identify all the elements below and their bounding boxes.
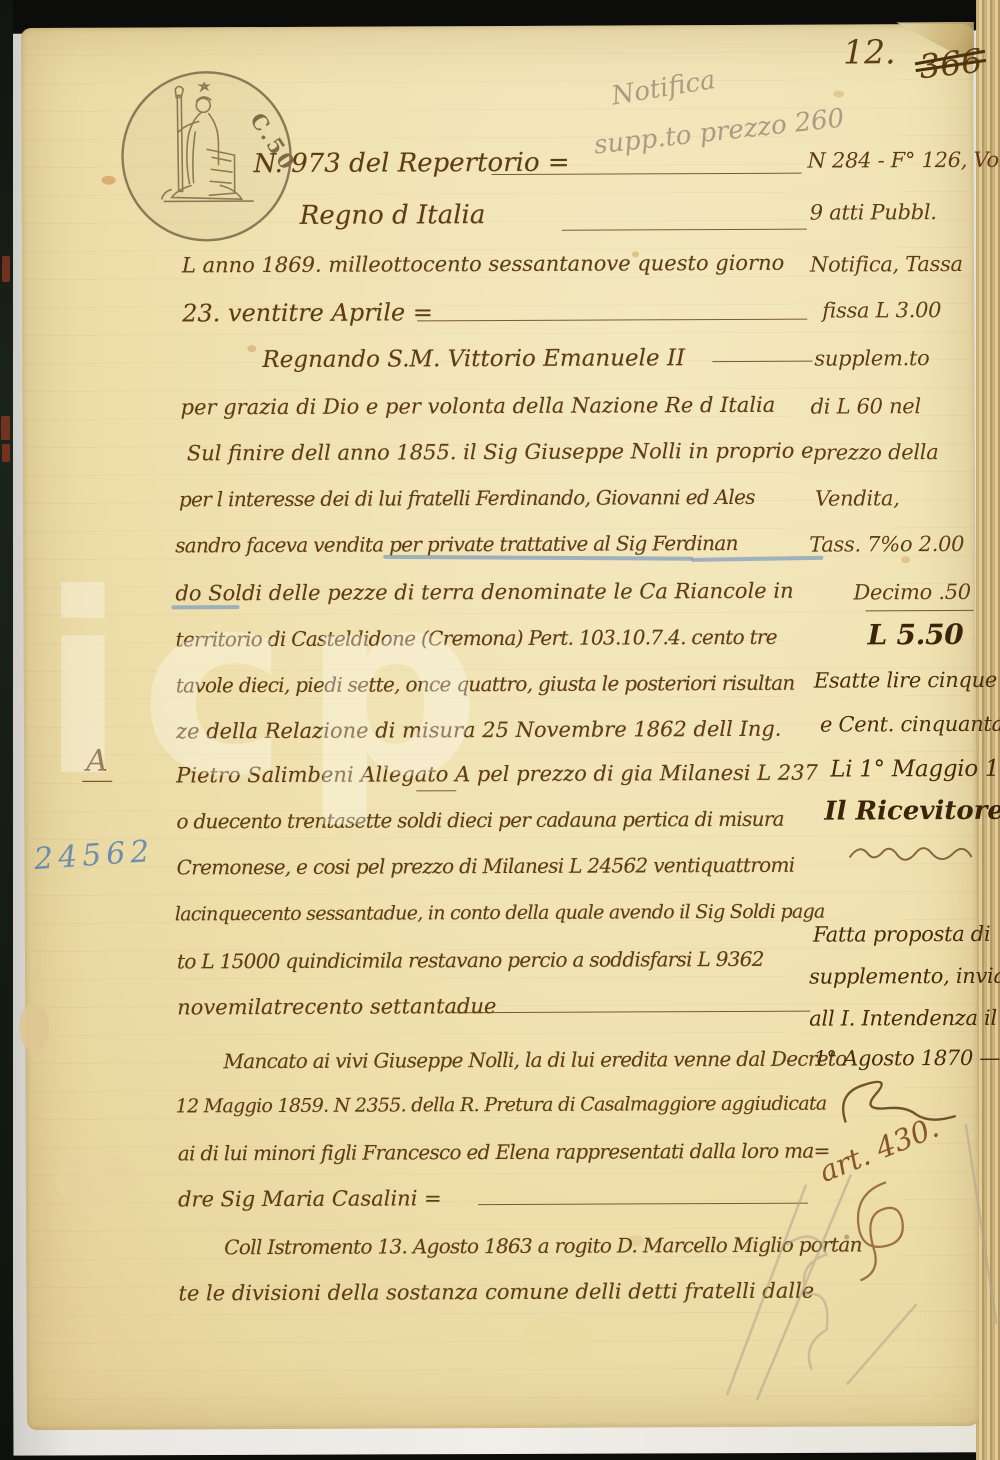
spine-red-mark [2, 256, 10, 282]
margin-right-line: Tass. 7%o 2.00 [809, 532, 964, 557]
stain [19, 1003, 49, 1051]
margin-right-line: 9 atti Pubbl. [810, 200, 937, 225]
spine-red-mark [1, 416, 10, 440]
margin-right-line: Notifica, Tassa [810, 252, 963, 277]
body-line: ze della Relazione di misura 25 Novembre… [176, 719, 782, 743]
body-line: Cremonese, e cosi pel prezzo di Milanesi… [177, 855, 795, 878]
body-line: novemilatrecento settantadue [177, 996, 496, 1018]
body-line: lacinquecento sessantadue, in conto dell… [175, 903, 825, 925]
body-line: Pietro Salimbeni Allegato A pel prezzo d… [176, 763, 818, 787]
pencil-scribbles [665, 1064, 996, 1405]
ricevitore-signature [844, 832, 994, 873]
margin-right-line: supplem.to [814, 346, 929, 371]
body-line: Regnando S.M. Vittorio Emanuele II [262, 347, 685, 372]
margin-right-line: Decimo .50 [853, 580, 970, 605]
body-line: territorio di Casteldidone (Cremona) Per… [176, 627, 777, 650]
ricevitore-label: Il Ricevitore [824, 796, 1000, 827]
supplement-line: supplemento, inviata [809, 964, 1000, 989]
margin-right-line: fissa L 3.00 [822, 298, 941, 323]
supplement-line: Fatta proposta di [813, 922, 991, 947]
body-line: do Soldi delle pezze di terra denominate… [175, 581, 793, 605]
stain [833, 90, 844, 97]
body-line: per grazia di Dio e per volonta della Na… [181, 395, 776, 419]
receipt-line: Esatte lire cinque [814, 668, 997, 693]
margin-right-line: N 284 - F° 126, Vol. [807, 148, 1000, 173]
body-line: Sul finire dell anno 1855. il Sig Giusep… [187, 441, 814, 465]
body-line: dre Sig Maria Casalini = [178, 1188, 442, 1210]
document-page: C.50 12. 366 Notifica supp.to prezzo 260… [21, 24, 979, 1430]
regno-heading: Regno d Italia [300, 202, 486, 229]
stain [901, 556, 910, 563]
stain [522, 1316, 592, 1361]
scan-left-edge [0, 0, 13, 1460]
margin-right-line: di L 60 nel [811, 394, 921, 418]
receipt-line: e Cent. cinquanta [820, 712, 1000, 737]
blue-underline [171, 605, 239, 609]
allegato-underline [416, 790, 456, 791]
supplement-line: all I. Intendenza il [809, 1006, 997, 1031]
margin-right-line: prezzo della [813, 440, 939, 465]
body-line: to L 15000 quindicimila restavano percio… [177, 949, 764, 972]
page-number: 12. [843, 32, 896, 71]
body-line: sandro faceva vendita per private tratta… [175, 533, 738, 555]
stain [247, 345, 256, 352]
body-line: 23. ventitre Aprile = [182, 300, 433, 325]
body-line: L anno 1869. milleottocento sessantanove… [182, 253, 784, 277]
margin-right-total: L 5.50 [868, 618, 964, 651]
stain [56, 1153, 136, 1208]
body-line: per l interesse dei di lui fratelli Ferd… [179, 487, 755, 510]
body-line: o duecento trentasette soldi dieci per c… [176, 809, 784, 832]
body-line: tavole dieci, piedi sette, once quattro,… [176, 673, 795, 696]
spine-red-mark [2, 444, 10, 462]
receipt-date: Li 1° Maggio 1869 [830, 756, 1000, 783]
margin-right-line: Vendita, [815, 486, 900, 510]
margin-letter-a: A [82, 744, 112, 782]
crossed-page-number: 366 [917, 41, 984, 87]
